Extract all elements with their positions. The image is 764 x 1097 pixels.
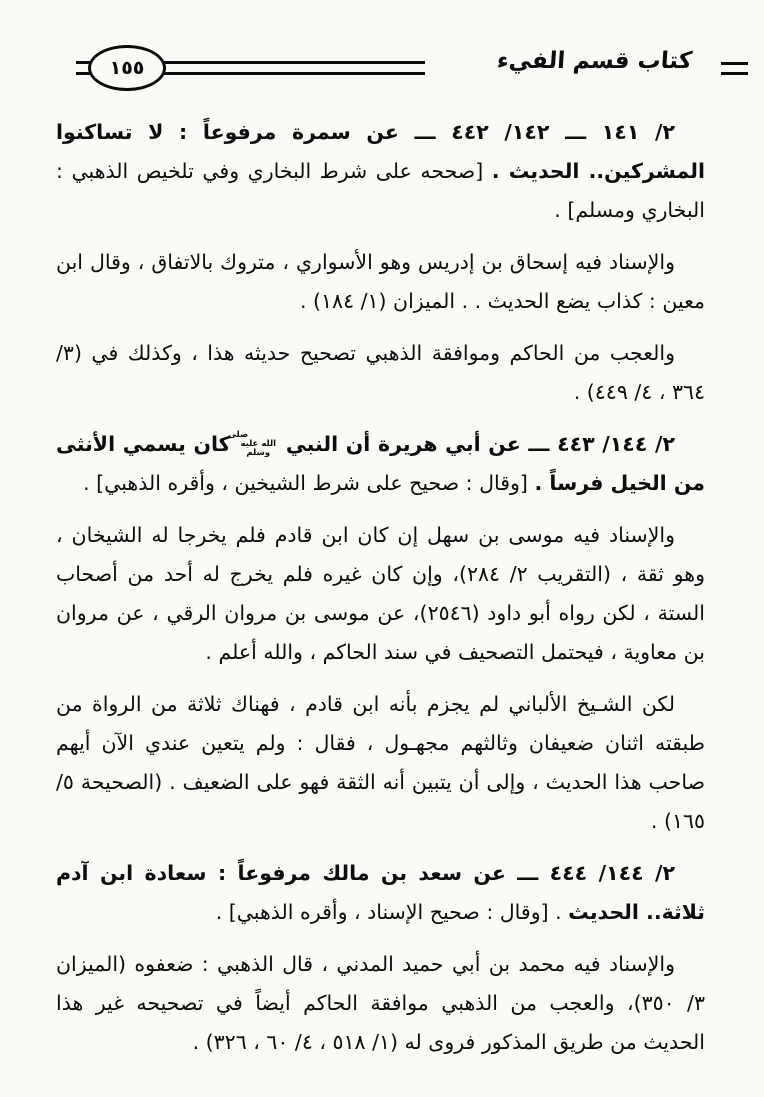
commentary-444-isnad: والإسناد فيه محمد بن أبي حميد المدني ، ق… bbox=[56, 945, 705, 1062]
text-segment: والإسناد فيه إسحاق بن إدريس وهو الأسواري… bbox=[56, 250, 705, 313]
text-segment: . [وقال : صحيح الإسناد ، وأقره الذهبي] . bbox=[216, 900, 568, 924]
hadith-444: ٢/ ١٤٤/ ٤٤٤ ـــ عن سعد بن مالك مرفوعاً :… bbox=[56, 854, 705, 932]
commentary-442-hakim: والعجب من الحاكم وموافقة الذهبي تصحيح حد… bbox=[56, 334, 705, 412]
page-number: ١٥٥ bbox=[110, 57, 145, 79]
body-text: ٢/ ١٤١ ـــ ١٤٢/ ٤٤٢ ـــ عن سمرة مرفوعاً … bbox=[56, 113, 705, 1075]
commentary-443-albani: لكن الشـيخ الألباني لم يجزم بأنه ابن قاد… bbox=[56, 685, 705, 841]
commentary-442-isnad: والإسناد فيه إسحاق بن إدريس وهو الأسواري… bbox=[56, 243, 705, 321]
saw-honorific-icon: صلى الله عليه وسلم bbox=[238, 431, 278, 458]
hadith-442: ٢/ ١٤١ ـــ ١٤٢/ ٤٤٢ ـــ عن سمرة مرفوعاً … bbox=[56, 113, 705, 230]
text-segment: والإسناد فيه موسى بن سهل إن كان ابن قادم… bbox=[56, 523, 705, 664]
text-segment: [وقال : صحيح على شرط الشيخين ، وأقره الذ… bbox=[83, 471, 534, 495]
text-segment: والإسناد فيه محمد بن أبي حميد المدني ، ق… bbox=[56, 952, 705, 1054]
page-title: كتاب قسم الفيء bbox=[496, 48, 693, 74]
page-header: ١٥٥ كتاب قسم الفيء bbox=[0, 0, 764, 100]
hadith-443: ٢/ ١٤٤/ ٤٤٣ ـــ عن أبي هريرة أن النبي صل… bbox=[56, 425, 705, 503]
header-edge-mark-icon bbox=[721, 62, 748, 75]
text-segment: والعجب من الحاكم وموافقة الذهبي تصحيح حد… bbox=[56, 341, 705, 404]
page-number-badge: ١٥٥ bbox=[88, 45, 166, 91]
commentary-443-isnad: والإسناد فيه موسى بن سهل إن كان ابن قادم… bbox=[56, 516, 705, 672]
text-segment: لكن الشـيخ الألباني لم يجزم بأنه ابن قاد… bbox=[56, 692, 705, 833]
text-segment: ٢/ ١٤٤/ ٤٤٣ ـــ عن أبي هريرة أن النبي bbox=[278, 432, 675, 456]
scanned-book-page: { "page": { "number": "١٥٥", "title": "ك… bbox=[0, 0, 764, 1097]
